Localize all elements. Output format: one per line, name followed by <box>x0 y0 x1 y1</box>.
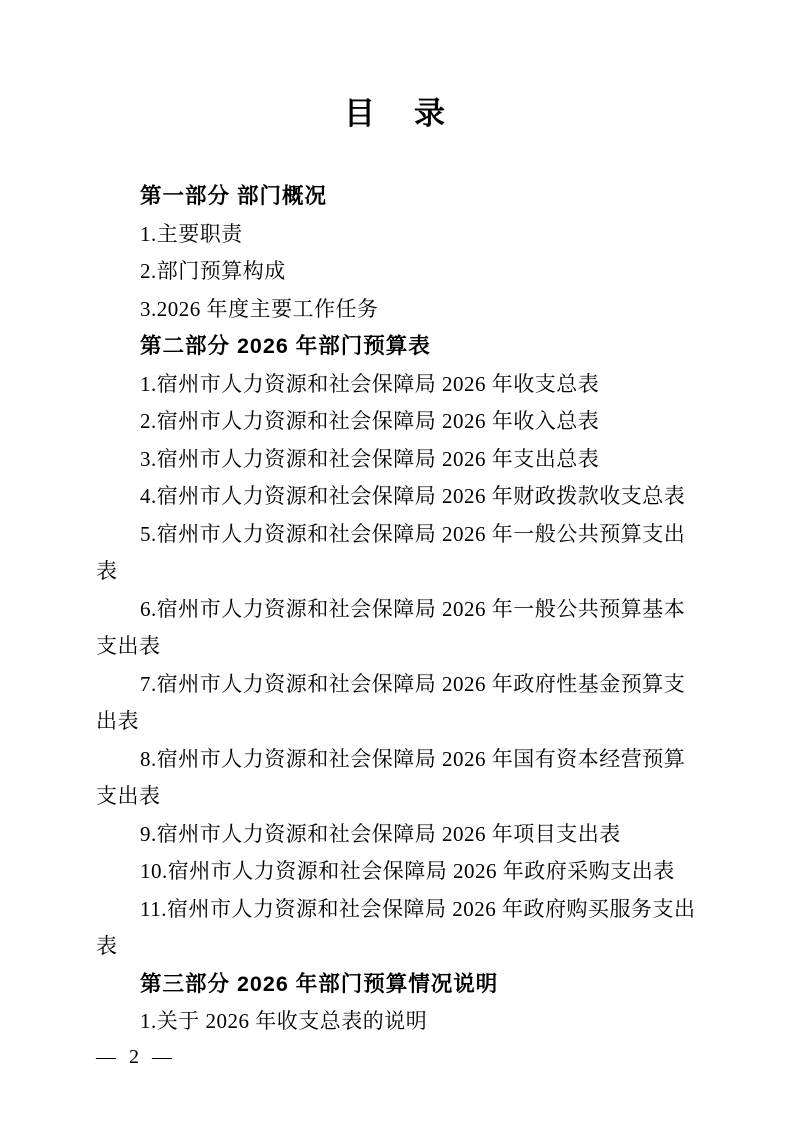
document-page: 目 录 第一部分 部门概况1.主要职责2.部门预算构成3.2026 年度主要工作… <box>0 0 793 1122</box>
toc-section-heading: 第三部分 2026 年部门预算情况说明 <box>96 966 716 1004</box>
toc-item: 1.主要职责 <box>96 216 716 254</box>
table-of-contents: 第一部分 部门概况1.主要职责2.部门预算构成3.2026 年度主要工作任务第二… <box>96 178 716 1041</box>
toc-item: 3.2026 年度主要工作任务 <box>96 291 716 329</box>
toc-item: 8.宿州市人力资源和社会保障局 2026 年国有资本经营预算 <box>96 741 716 779</box>
toc-item: 支出表 <box>96 778 716 816</box>
toc-item: 5.宿州市人力资源和社会保障局 2026 年一般公共预算支出 <box>96 516 716 554</box>
page-title: 目 录 <box>0 94 793 134</box>
page-number: — 2 — <box>96 1044 176 1070</box>
toc-item: 2.宿州市人力资源和社会保障局 2026 年收入总表 <box>96 403 716 441</box>
toc-item: 11.宿州市人力资源和社会保障局 2026 年政府购买服务支出 <box>96 891 716 929</box>
toc-section-heading: 第二部分 2026 年部门预算表 <box>96 328 716 366</box>
toc-item: 7.宿州市人力资源和社会保障局 2026 年政府性基金预算支 <box>96 666 716 704</box>
toc-item: 9.宿州市人力资源和社会保障局 2026 年项目支出表 <box>96 816 716 854</box>
toc-item: 出表 <box>96 703 716 741</box>
toc-item: 10.宿州市人力资源和社会保障局 2026 年政府采购支出表 <box>96 853 716 891</box>
toc-item: 表 <box>96 928 716 966</box>
toc-item: 6.宿州市人力资源和社会保障局 2026 年一般公共预算基本 <box>96 591 716 629</box>
toc-item: 表 <box>96 553 716 591</box>
toc-item: 1.关于 2026 年收支总表的说明 <box>96 1003 716 1041</box>
toc-item: 1.宿州市人力资源和社会保障局 2026 年收支总表 <box>96 366 716 404</box>
toc-item: 支出表 <box>96 628 716 666</box>
toc-section-heading: 第一部分 部门概况 <box>96 178 716 216</box>
toc-item: 3.宿州市人力资源和社会保障局 2026 年支出总表 <box>96 441 716 479</box>
toc-item: 4.宿州市人力资源和社会保障局 2026 年财政拨款收支总表 <box>96 478 716 516</box>
toc-item: 2.部门预算构成 <box>96 253 716 291</box>
